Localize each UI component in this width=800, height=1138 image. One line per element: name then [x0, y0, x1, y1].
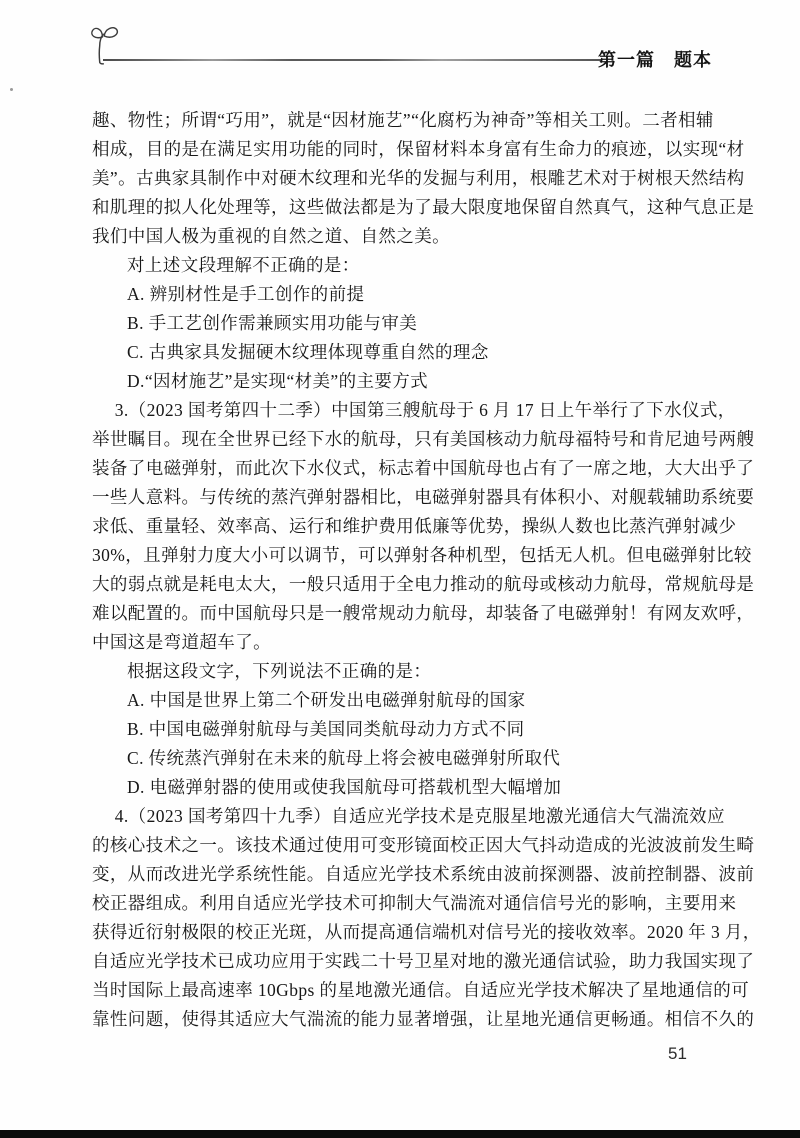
text-line: 的核心技术之一。该技术通过使用可变形镜面校正因大气抖动造成的光波波前发生畸 [92, 831, 714, 860]
text-line: 获得近衍射极限的校正光斑，从而提高通信端机对信号光的接收效率。2020 年 3 … [92, 918, 714, 947]
text-line: 校正器组成。利用自适应光学技术可抑制大气湍流对通信信号光的影响，主要用来 [92, 889, 714, 918]
section-title: 第一篇 题本 [598, 46, 712, 72]
text-line: 相成，目的是在满足实用功能的同时，保留材料本身富有生命力的痕迹，以实现“材 [92, 135, 714, 164]
text-line: 4.（2023 国考第四十九季）自适应光学技术是克服星地激光通信大气湍流效应 [92, 802, 714, 831]
scan-speckle [10, 88, 13, 91]
text-line: 一些人意料。与传统的蒸汽弹射器相比，电磁弹射器具有体积小、对舰载辅助系统要 [92, 483, 714, 512]
text-line: 美”。古典家具制作中对硬木纹理和光华的发掘与利用，根雕艺术对于树根天然结构 [92, 164, 714, 193]
text-line: 3.（2023 国考第四十二季）中国第三艘航母于 6 月 17 日上午举行了下水… [92, 396, 714, 425]
text-line: 自适应光学技术已成功应用于实践二十号卫星对地的激光通信试验，助力我国实现了 [92, 947, 714, 976]
text-line: 和肌理的拟人化处理等，这些做法都是为了最大限度地保留自然真气，这种气息正是 [92, 193, 714, 222]
text-line: 难以配置的。而中国航母只是一艘常规动力航母，却装备了电磁弹射！有网友欢呼， [92, 599, 714, 628]
page-number: 51 [668, 1044, 687, 1064]
text-line: 举世瞩目。现在全世界已经下水的航母，只有美国核动力航母福特号和肯尼迪号两艘 [92, 425, 714, 454]
text-line: 我们中国人极为重视的自然之道、自然之美。 [92, 222, 714, 251]
text-line: 趣、物性；所谓“巧用”，就是“因材施艺”“化腐朽为神奇”等相关工则。二者相辅 [92, 106, 714, 135]
text-line: 大的弱点就是耗电太大，一般只适用于全电力推动的航母或核动力航母，常规航母是 [92, 570, 714, 599]
text-line: 变，从而改进光学系统性能。自适应光学技术系统由波前探测器、波前控制器、波前 [92, 860, 714, 889]
text-line: C. 古典家具发掘硬木纹理体现尊重自然的理念 [92, 338, 714, 367]
text-line: 靠性问题，使得其适应大气湍流的能力显著增强，让星地光通信更畅通。相信不久的 [92, 1005, 714, 1034]
text-line: 装备了电磁弹射，而此次下水仪式，标志着中国航母也占有了一席之地，大大出乎了 [92, 454, 714, 483]
text-line: 根据这段文字，下列说法不正确的是： [92, 657, 714, 686]
text-line: 30%，且弹射力度大小可以调节，可以弹射各种机型，包括无人机。但电磁弹射比较 [92, 541, 714, 570]
scan-edge-bar [0, 1130, 800, 1138]
text-line: 对上述文段理解不正确的是： [92, 251, 714, 280]
text-line: D.“因材施艺”是实现“材美”的主要方式 [92, 367, 714, 396]
text-line: D. 电磁弹射器的使用或使我国航母可搭载机型大幅增加 [92, 773, 714, 802]
text-line: A. 中国是世界上第二个研发出电磁弹射航母的国家 [92, 686, 714, 715]
text-line: 中国这是弯道超车了。 [92, 628, 714, 657]
text-line: A. 辨别材性是手工创作的前提 [92, 280, 714, 309]
text-line: 当时国际上最高速率 10Gbps 的星地激光通信。自适应光学技术解决了星地通信的… [92, 976, 714, 1005]
page-header: 第一篇 题本 [0, 0, 800, 90]
text-line: B. 中国电磁弹射航母与美国同类航母动力方式不同 [92, 715, 714, 744]
sprout-icon [88, 24, 124, 62]
text-line: B. 手工艺创作需兼顾实用功能与审美 [92, 309, 714, 338]
question-text-block: 趣、物性；所谓“巧用”，就是“因材施艺”“化腐朽为神奇”等相关工则。二者相辅相成… [92, 106, 714, 1034]
text-line: 求低、重量轻、效率高、运行和维护费用低廉等优势，操纵人数也比蒸汽弹射减少 [92, 512, 714, 541]
header-rule-line [103, 59, 601, 61]
book-page: 第一篇 题本 趣、物性；所谓“巧用”，就是“因材施艺”“化腐朽为神奇”等相关工则… [0, 0, 800, 1138]
text-line: C. 传统蒸汽弹射在未来的航母上将会被电磁弹射所取代 [92, 744, 714, 773]
